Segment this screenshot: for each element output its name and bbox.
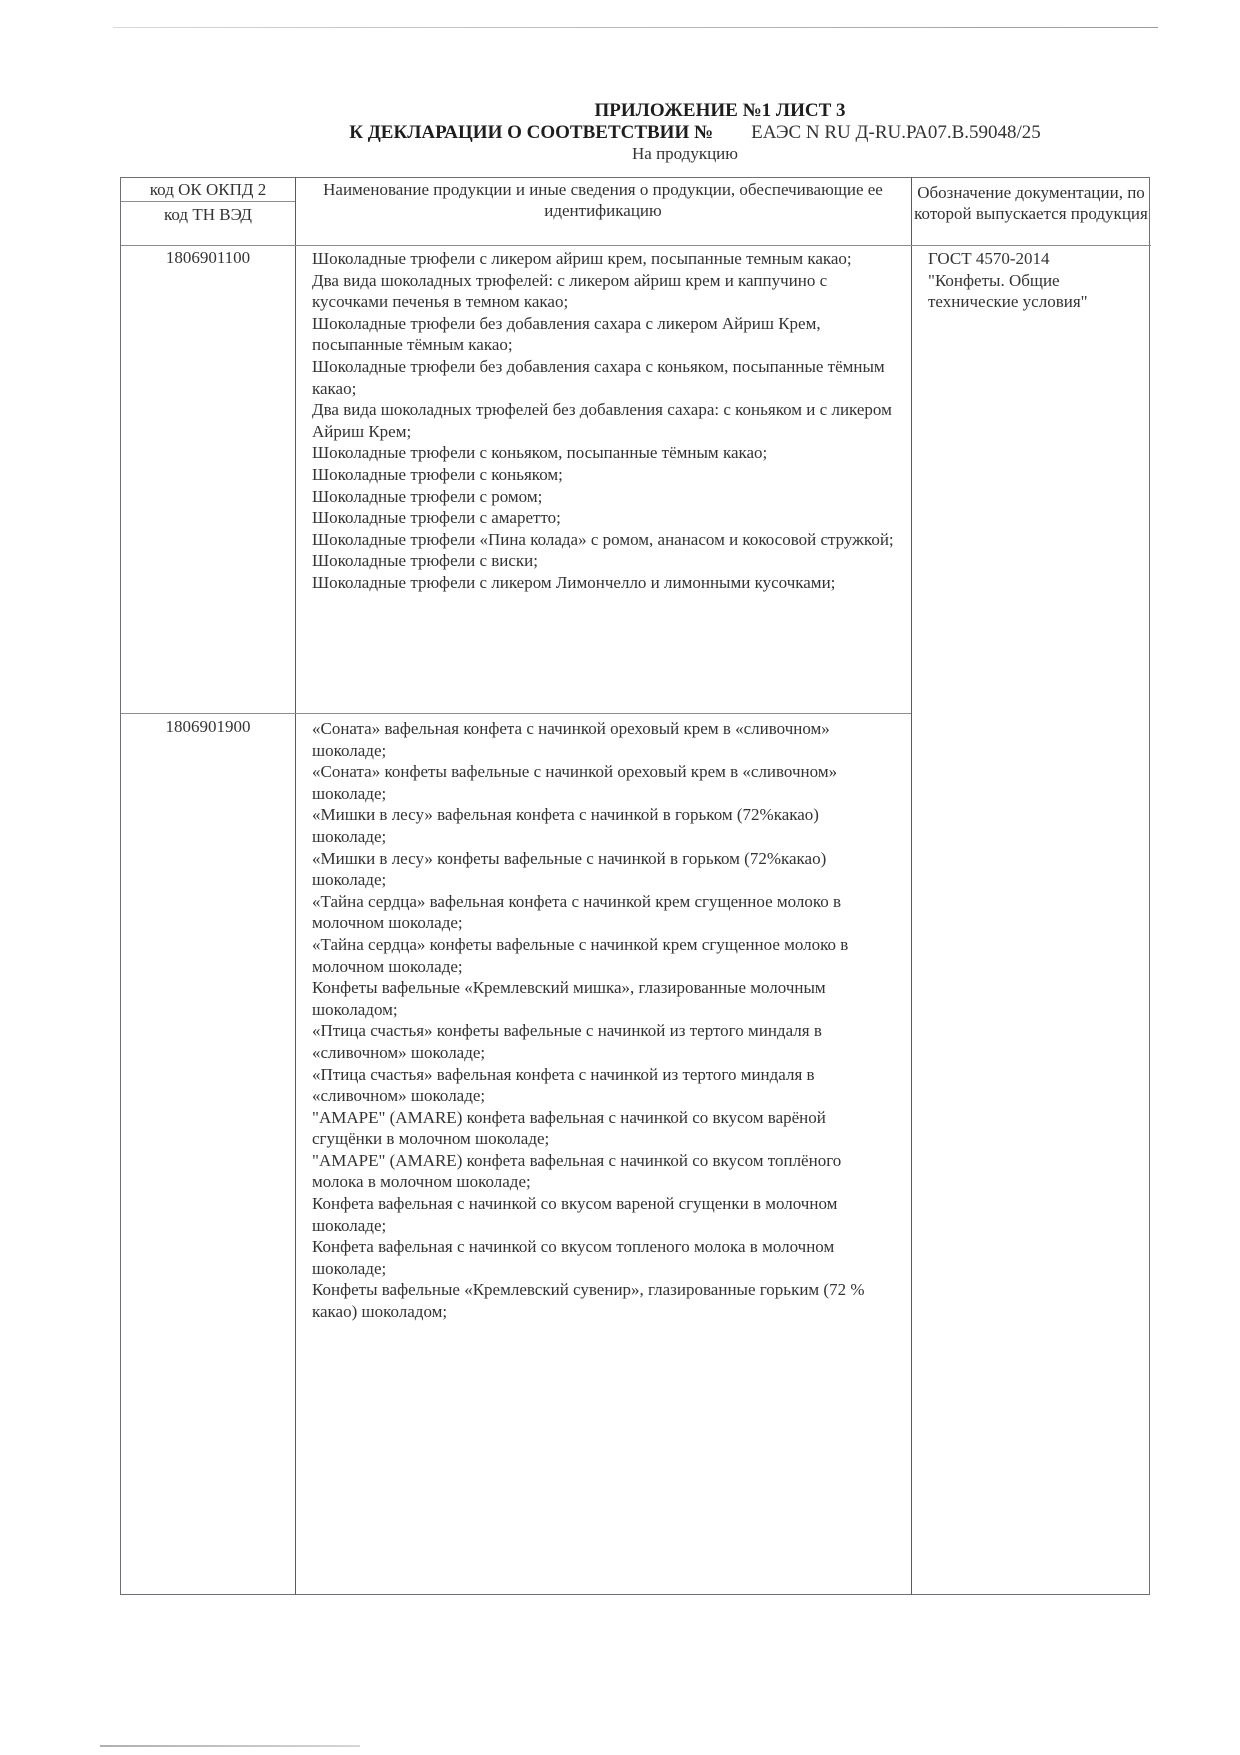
- declaration-line: К ДЕКЛАРАЦИИ О СООТВЕТСТВИИ №ЕАЭС N RU Д…: [0, 122, 1240, 144]
- scan-edge-bottom: [100, 1745, 360, 1747]
- product-entry: Шоколадные трюфели с ликером Лимончелло …: [312, 572, 897, 594]
- product-entry: Шоколадные трюфели с виски;: [312, 550, 897, 572]
- scan-edge-top: [113, 27, 1158, 28]
- product-entry: Шоколадные трюфели с ликером айриш крем,…: [312, 248, 897, 270]
- row-code: 1806901900: [121, 716, 295, 737]
- document-title-block: ПРИЛОЖЕНИЕ №1 ЛИСТ 3 К ДЕКЛАРАЦИИ О СООТ…: [0, 100, 1240, 164]
- product-entry: «Птица счастья» конфеты вафельные с начи…: [312, 1020, 897, 1063]
- product-entry: Два вида шоколадных трюфелей: с ликером …: [312, 270, 897, 313]
- documentation-standard: ГОСТ 4570-2014 "Конфеты. Общие техническ…: [911, 248, 1151, 313]
- product-entry: Шоколадные трюфели с амаретто;: [312, 507, 897, 529]
- product-entry: Шоколадные трюфели с коньяком, посыпанны…: [312, 442, 897, 464]
- row-code: 1806901100: [121, 247, 295, 268]
- product-entry: Конфета вафельная с начинкой со вкусом т…: [312, 1236, 897, 1279]
- product-entry: «Тайна сердца» конфеты вафельные с начин…: [312, 934, 897, 977]
- product-entry: Конфета вафельная с начинкой со вкусом в…: [312, 1193, 897, 1236]
- product-entry: «Птица счастья» вафельная конфета с начи…: [312, 1064, 897, 1107]
- product-entry: Два вида шоколадных трюфелей без добавле…: [312, 399, 897, 442]
- row-divider: [121, 713, 911, 714]
- product-entry: «Соната» конфеты вафельные с начинкой ор…: [312, 761, 897, 804]
- column-header-product-name: Наименование продукции и иные сведения о…: [295, 179, 911, 221]
- product-entry: "АМАРЕ" (AMARE) конфета вафельная с начи…: [312, 1150, 897, 1193]
- header-divider: [121, 245, 1151, 246]
- column-header-okpd: код ОК ОКПД 2: [121, 179, 295, 200]
- products-table: код ОК ОКПД 2 код ТН ВЭД Наименование пр…: [120, 177, 1150, 1595]
- product-entry: «Мишки в лесу» конфеты вафельные с начин…: [312, 848, 897, 891]
- document-subtitle: На продукцию: [0, 144, 1240, 164]
- standard-title-cont: технические условия": [928, 291, 1151, 313]
- header-subdivider: [121, 201, 295, 202]
- column-header-documentation: Обозначение документации, по которой вып…: [911, 182, 1151, 224]
- standard-number: ГОСТ 4570-2014: [928, 248, 1151, 270]
- product-entry: Конфеты вафельные «Кремлевский сувенир»,…: [312, 1279, 897, 1322]
- product-entry: Конфеты вафельные «Кремлевский мишка», г…: [312, 977, 897, 1020]
- appendix-title: ПРИЛОЖЕНИЕ №1 ЛИСТ 3: [0, 100, 1240, 122]
- product-entry: Шоколадные трюфели без добавления сахара…: [312, 356, 897, 399]
- product-entry: Шоколадные трюфели «Пина колада» с ромом…: [312, 529, 897, 551]
- product-entry: «Тайна сердца» вафельная конфета с начин…: [312, 891, 897, 934]
- product-entry: Шоколадные трюфели с ромом;: [312, 486, 897, 508]
- product-entry: «Соната» вафельная конфета с начинкой ор…: [312, 718, 897, 761]
- product-entry: «Мишки в лесу» вафельная конфета с начин…: [312, 804, 897, 847]
- column-divider: [911, 177, 912, 1595]
- row-products: Шоколадные трюфели с ликером айриш крем,…: [295, 248, 911, 594]
- standard-title: "Конфеты. Общие: [928, 270, 1151, 292]
- declaration-label: К ДЕКЛАРАЦИИ О СООТВЕТСТВИИ №: [349, 122, 713, 143]
- product-entry: "АМАРЕ" (AMARE) конфета вафельная с начи…: [312, 1107, 897, 1150]
- row-products: «Соната» вафельная конфета с начинкой ор…: [295, 718, 911, 1323]
- product-entry: Шоколадные трюфели без добавления сахара…: [312, 313, 897, 356]
- column-header-tnved: код ТН ВЭД: [121, 204, 295, 225]
- declaration-number: ЕАЭС N RU Д-RU.РА07.В.59048/25: [751, 122, 1041, 143]
- product-entry: Шоколадные трюфели с коньяком;: [312, 464, 897, 486]
